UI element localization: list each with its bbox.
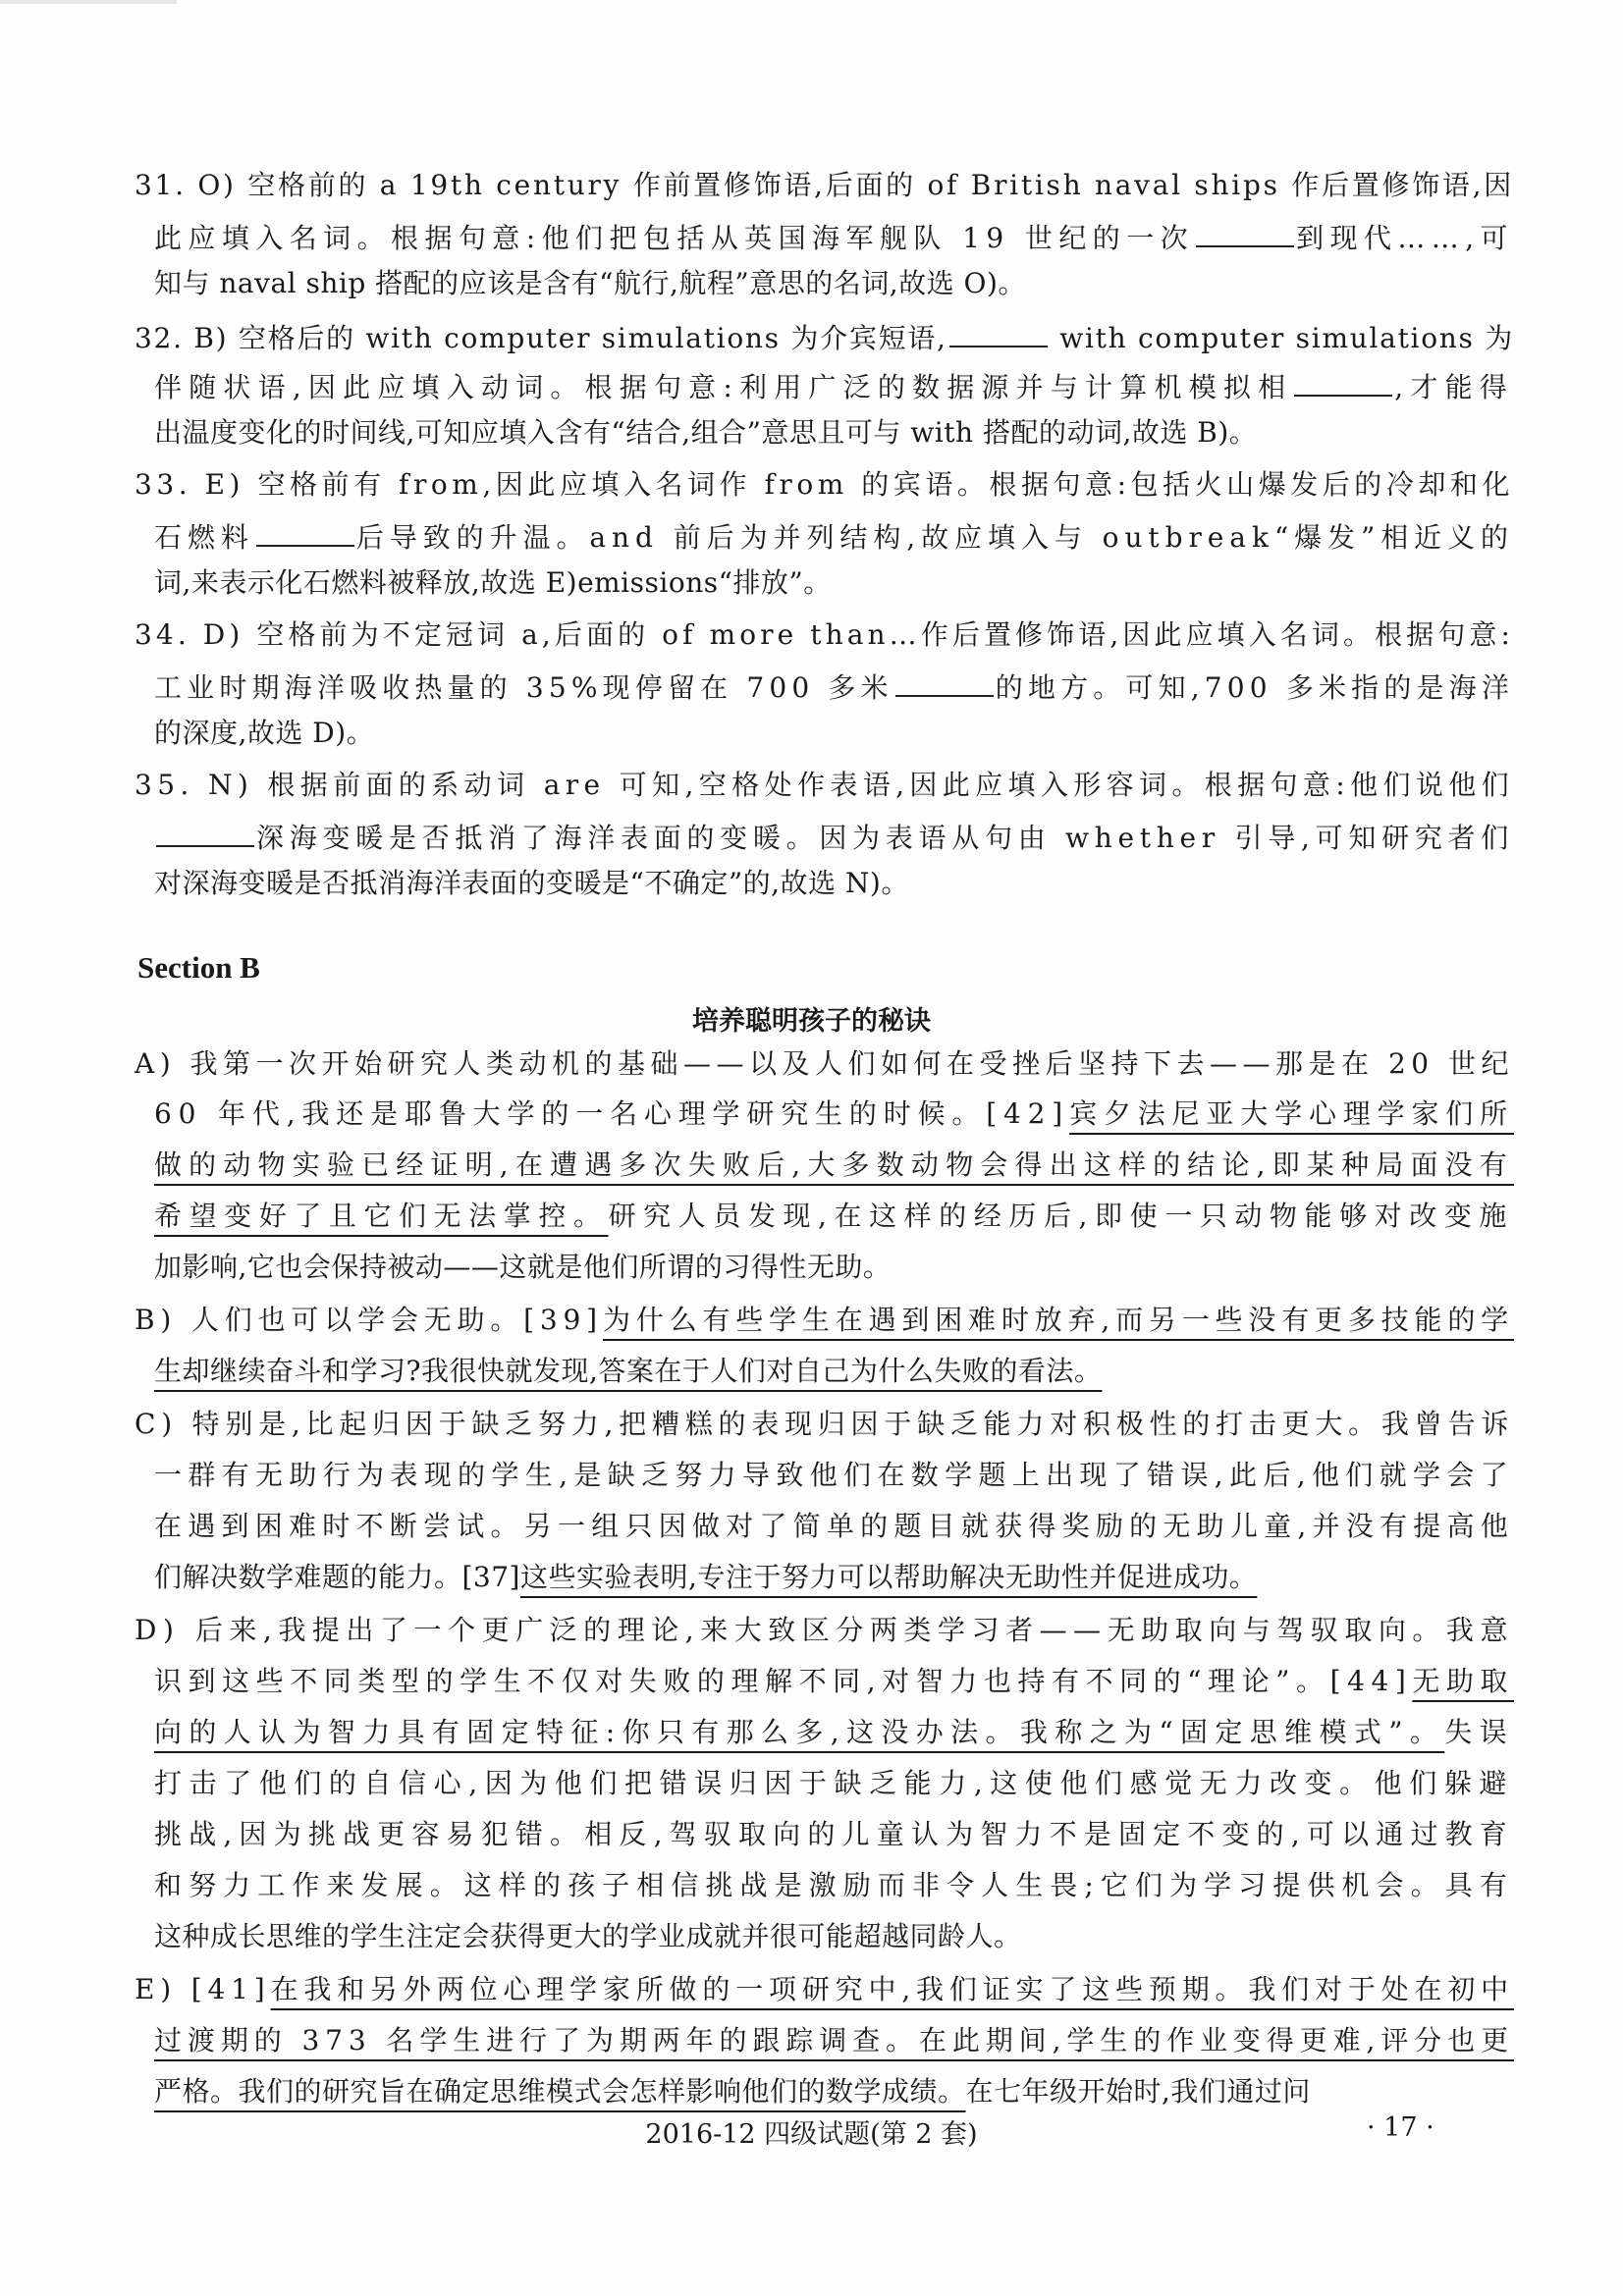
text-line: 工业时期海洋吸收热量的 35%现停留在 700 多米的地方。可知,700 多米指… (154, 667, 1514, 705)
text-line: 这种成长思维的学生注定会获得更大的学业成就并很可能超越同龄人。 (154, 1920, 1022, 1953)
text-line: 60 年代,我还是耶鲁大学的一名心理学研究生的时候。[42]宾夕法尼亚大学心理学… (154, 1097, 1514, 1131)
text-line: 词,来表示化石燃料被释放,故选 E)emissions“排放”。 (154, 566, 832, 600)
text-line: 一群有无助行为表现的学生,是缺乏努力导致他们在数学题上出现了错误,此后,他们就学… (154, 1459, 1514, 1492)
text-segment: 的深度,故选 D)。 (154, 717, 374, 749)
text-segment: 到现代……,可 (1296, 222, 1514, 254)
text-segment: 60 年代,我还是耶鲁大学的一名心理学研究生的时候。[42] (154, 1097, 1069, 1130)
text-segment: D) 后来,我提出了一个更广泛的理论,来大致区分两类学习者——无助取向与驾驭取向… (135, 1614, 1514, 1646)
text-line: 过渡期的 373 名学生进行了为期两年的跟踪调查。在此期间,学生的作业变得更难,… (154, 2024, 1514, 2057)
text-segment: 这种成长思维的学生注定会获得更大的学业成就并很可能超越同龄人。 (154, 1920, 1022, 1952)
text-segment: 加影响,它也会保持被动——这就是他们所谓的习得性无助。 (154, 1251, 891, 1283)
text-line: 挑战,因为挑战更容易犯错。相反,驾驭取向的儿童认为智力不是固定不变的,可以通过教… (154, 1818, 1514, 1851)
text-segment: E) [41] (135, 1973, 271, 2005)
text-line: 32. B) 空格后的 with computer simulations 为介… (135, 318, 1514, 355)
text-segment: 和努力工作来发展。这样的孩子相信挑战是激励而非令人生畏;它们为学习提供机会。具有 (154, 1869, 1514, 1901)
text-segment: 此应填入名词。根据句意:他们把包括从英国海军舰队 19 世纪的一次 (154, 222, 1194, 254)
answer-blank (1294, 367, 1392, 397)
answer-blank (156, 818, 254, 847)
section-header: Section B (137, 950, 260, 986)
text-line: 34. D) 空格前为不定冠词 a,后面的 of more than…作后置修饰… (135, 618, 1514, 652)
answer-blank (895, 667, 994, 697)
text-segment: 们解决数学难题的能力。[37] (154, 1561, 520, 1593)
text-segment: A) 我第一次开始研究人类动机的基础——以及人们如何在受挫后坚持下去——那是在 … (135, 1047, 1514, 1080)
underlined-text: 宾夕法尼亚大学心理学家们所 (1069, 1097, 1514, 1130)
text-segment: 深海变暖是否抵消了海洋表面的变暖。因为表语从句由 whether 引导,可知研究… (256, 822, 1514, 854)
text-segment: 32. B) 空格后的 with computer simulations 为介… (135, 322, 947, 354)
text-segment: 石燃料 (154, 521, 254, 554)
text-line: 在遇到困难时不断尝试。另一组只因做对了简单的题目就获得奖励的无助儿童,并没有提高… (154, 1510, 1514, 1543)
underlined-text: 向的人认为智力具有固定特征:你只有那么多,这没办法。我称之为“固定思维模式”。 (154, 1716, 1444, 1748)
text-segment: B) 人们也可以学会无助。[39] (135, 1304, 603, 1336)
text-line: 向的人认为智力具有固定特征:你只有那么多,这没办法。我称之为“固定思维模式”。失… (154, 1716, 1514, 1749)
text-segment: 伴随状语,因此应填入动词。根据句意:利用广泛的数据源并与计算机模拟相 (154, 371, 1292, 403)
text-line: C) 特别是,比起归因于缺乏努力,把糟糕的表现归因于缺乏能力对积极性的打击更大。… (135, 1408, 1514, 1441)
answer-blank (949, 318, 1048, 347)
text-line: 做的动物实验已经证明,在遭遇多次失败后,大多数动物会得出这样的结论,即某种局面没… (154, 1148, 1514, 1182)
underlined-text: 做的动物实验已经证明,在遭遇多次失败后,大多数动物会得出这样的结论,即某种局面没… (154, 1148, 1514, 1181)
text-line: 对深海变暖是否抵消海洋表面的变暖是“不确定”的,故选 N)。 (154, 867, 909, 900)
text-line: 生却继续奋斗和学习?我很快就发现,答案在于人们对自己为什么失败的看法。 (154, 1355, 1102, 1388)
text-segment: 对深海变暖是否抵消海洋表面的变暖是“不确定”的,故选 N)。 (154, 867, 909, 899)
text-segment: 工业时期海洋吸收热量的 35%现停留在 700 多米 (154, 671, 893, 704)
text-line: 35. N) 根据前面的系动词 are 可知,空格处作表语,因此应填入形容词。根… (135, 769, 1514, 802)
passage-title: 培养聪明孩子的秘诀 (0, 999, 1623, 1038)
text-segment: 词,来表示化石燃料被释放,故选 E)emissions“排放”。 (154, 566, 832, 599)
answer-blank (1196, 218, 1294, 247)
scan-artifact (0, 0, 177, 4)
text-line: 33. E) 空格前有 from,因此应填入名词作 from 的宾语。根据句意:… (135, 468, 1514, 502)
text-segment: 挑战,因为挑战更容易犯错。相反,驾驭取向的儿童认为智力不是固定不变的,可以通过教… (154, 1818, 1514, 1850)
underlined-text: 生却继续奋斗和学习?我很快就发现,答案在于人们对自己为什么失败的看法。 (154, 1355, 1102, 1387)
text-segment: 的地方。可知,700 多米指的是海洋 (996, 671, 1514, 704)
text-line: B) 人们也可以学会无助。[39]为什么有些学生在遇到困难时放弃,而另一些没有更… (135, 1304, 1514, 1337)
underlined-text: 无助取 (1412, 1665, 1514, 1697)
text-segment: 一群有无助行为表现的学生,是缺乏努力导致他们在数学题上出现了错误,此后,他们就学… (154, 1459, 1514, 1491)
text-line: 伴随状语,因此应填入动词。根据句意:利用广泛的数据源并与计算机模拟相,才能得 (154, 367, 1514, 404)
text-segment: 后导致的升温。and 前后为并列结构,故应填入与 outbreak“爆发”相近义… (356, 521, 1514, 554)
underlined-text: 过渡期的 373 名学生进行了为期两年的跟踪调查。在此期间,学生的作业变得更难,… (154, 2024, 1514, 2056)
text-line: 出温度变化的时间线,可知应填入含有“结合,组合”意思且可与 with 搭配的动词… (154, 416, 1257, 450)
text-line: 的深度,故选 D)。 (154, 717, 374, 750)
text-line: 们解决数学难题的能力。[37]这些实验表明,专注于努力可以帮助解决无助性并促进成… (154, 1561, 1257, 1594)
text-segment: 在遇到困难时不断尝试。另一组只因做对了简单的题目就获得奖励的无助儿童,并没有提高… (154, 1510, 1514, 1542)
text-segment: 31. O) 空格前的 a 19th century 作前置修饰语,后面的 of… (135, 169, 1514, 201)
text-segment: 失误 (1444, 1716, 1514, 1748)
page-number: · 17 · (1367, 2112, 1434, 2143)
underlined-text: 这些实验表明,专注于努力可以帮助解决无助性并促进成功。 (520, 1561, 1257, 1593)
text-line: 加影响,它也会保持被动——这就是他们所谓的习得性无助。 (154, 1251, 891, 1284)
underlined-text: 为什么有些学生在遇到困难时放弃,而另一些没有更多技能的学 (603, 1304, 1514, 1336)
text-line: 31. O) 空格前的 a 19th century 作前置修饰语,后面的 of… (135, 169, 1514, 202)
text-line: D) 后来,我提出了一个更广泛的理论,来大致区分两类学习者——无助取向与驾驭取向… (135, 1614, 1514, 1647)
text-segment: 33. E) 空格前有 from,因此应填入名词作 from 的宾语。根据句意:… (135, 468, 1514, 501)
text-segment: 出温度变化的时间线,可知应填入含有“结合,组合”意思且可与 with 搭配的动词… (154, 416, 1257, 449)
text-segment: 识到这些不同类型的学生不仅对失败的理解不同,对智力也持有不同的“理论”。[44] (154, 1665, 1412, 1697)
text-segment: 打击了他们的自信心,因为他们把错误归因于缺乏能力,这使他们感觉无力改变。他们躲避 (154, 1767, 1514, 1799)
underlined-text: 严格。我们的研究旨在确定思维模式会怎样影响他们的数学成绩。 (154, 2075, 966, 2108)
answer-blank (256, 517, 354, 547)
text-segment: C) 特别是,比起归因于缺乏努力,把糟糕的表现归因于缺乏能力对积极性的打击更大。… (135, 1408, 1514, 1440)
text-line: 知与 naval ship 搭配的应该是含有“航行,航程”意思的名词,故选 O)… (154, 267, 1026, 300)
underlined-text: 希望变好了且它们无法掌控。 (154, 1200, 609, 1232)
text-line: 深海变暖是否抵消了海洋表面的变暖。因为表语从句由 whether 引导,可知研究… (154, 818, 1514, 855)
text-line: 和努力工作来发展。这样的孩子相信挑战是激励而非令人生畏;它们为学习提供机会。具有 (154, 1869, 1514, 1902)
text-line: 严格。我们的研究旨在确定思维模式会怎样影响他们的数学成绩。在七年级开始时,我们通… (154, 2075, 1311, 2109)
text-line: 打击了他们的自信心,因为他们把错误归因于缺乏能力,这使他们感觉无力改变。他们躲避 (154, 1767, 1514, 1800)
text-segment: ,才能得 (1394, 371, 1514, 403)
text-segment: 34. D) 空格前为不定冠词 a,后面的 of more than…作后置修饰… (135, 618, 1514, 651)
text-line: 此应填入名词。根据句意:他们把包括从英国海军舰队 19 世纪的一次到现代……,可 (154, 218, 1514, 255)
text-segment: with computer simulations 为 (1050, 322, 1514, 354)
text-segment: 研究人员发现,在这样的经历后,即使一只动物能够对改变施 (609, 1200, 1514, 1232)
text-segment: 知与 naval ship 搭配的应该是含有“航行,航程”意思的名词,故选 O)… (154, 267, 1026, 299)
text-line: E) [41]在我和另外两位心理学家所做的一项研究中,我们证实了这些预期。我们对… (135, 1973, 1514, 2006)
document-page: 31. O) 空格前的 a 19th century 作前置修饰语,后面的 of… (0, 0, 1623, 2296)
text-line: A) 我第一次开始研究人类动机的基础——以及人们如何在受挫后坚持下去——那是在 … (135, 1047, 1514, 1081)
text-line: 石燃料后导致的升温。and 前后为并列结构,故应填入与 outbreak“爆发”… (154, 517, 1514, 555)
text-line: 识到这些不同类型的学生不仅对失败的理解不同,对智力也持有不同的“理论”。[44]… (154, 1665, 1514, 1698)
text-segment: 在七年级开始时,我们通过问 (966, 2075, 1311, 2108)
underlined-text: 在我和另外两位心理学家所做的一项研究中,我们证实了这些预期。我们对于处在初中 (271, 1973, 1514, 2005)
text-segment: 35. N) 根据前面的系动词 are 可知,空格处作表语,因此应填入形容词。根… (135, 769, 1514, 801)
text-line: 希望变好了且它们无法掌控。研究人员发现,在这样的经历后,即使一只动物能够对改变施 (154, 1200, 1514, 1233)
